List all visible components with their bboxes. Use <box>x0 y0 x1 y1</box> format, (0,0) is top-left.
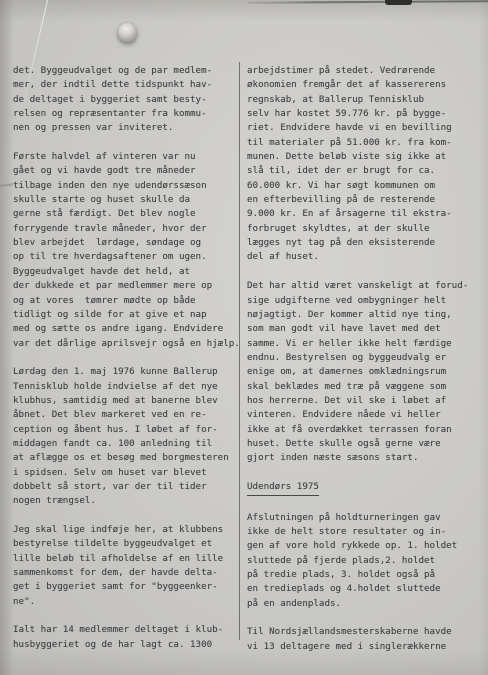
text-line: selv har kostet 59.776 kr. på bygge- <box>247 107 479 121</box>
text-line: gen af vore hold rykkede op. 1. holdet <box>247 539 479 553</box>
document-page: det. Byggeudvalget og de par medlem-mer,… <box>0 0 488 675</box>
text-line: tidligt og silde for at give et nap <box>13 308 245 322</box>
text-line: blev arbejdet lørdage, søndage og <box>13 236 245 250</box>
text-line: Tennisklub holde indvielse af det nye <box>13 380 245 394</box>
text-line: en tredieplads og 4.holdet sluttede <box>247 582 479 596</box>
scan-edge-mark <box>385 0 412 5</box>
text-line: regnskab, at Ballerup Tennisklub <box>247 93 479 107</box>
text-line: Til Nordsjællandsmesterskaberne havde <box>247 625 479 639</box>
text-line: middagen fandt ca. 100 anledning til <box>13 437 245 451</box>
text-line: ikke de helt store resultater og in- <box>247 525 479 539</box>
text-line: det. Byggeudvalget og de par medlem- <box>13 64 245 78</box>
text-line: nogen trængsel. <box>13 494 245 508</box>
paragraph: Jeg skal lige indføje her, at klubbensbe… <box>13 523 245 609</box>
text-line: endnu. Bestyrelsen og byggeudvalg er <box>247 351 479 365</box>
text-line: Det har altid været vanskeligt at forud- <box>247 279 479 293</box>
margin-pencil-mark <box>0 183 13 187</box>
text-line: gået og vi havde godt tre måneder <box>13 164 245 178</box>
paragraph: Lørdag den 1. maj 1976 kunne BallerupTen… <box>13 365 245 508</box>
text-line: munen. Dette beløb viste sig ikke at <box>247 150 479 164</box>
text-line: Jeg skal lige indføje her, at klubbens <box>13 523 245 537</box>
text-line: op til tre hverdagsaftener om ugen. <box>13 250 245 264</box>
text-line: tilbage inden den nye udendørssæson <box>13 179 245 193</box>
text-line: riet. Endvidere havde vi en bevilling <box>247 121 479 135</box>
text-line: mer, der indtil dette tidspunkt hav- <box>13 78 245 92</box>
text-line: Ialt har 14 medlemmer deltaget i klub- <box>13 623 245 637</box>
text-line: til materialer på 51.000 kr. fra kom- <box>247 136 479 150</box>
text-line: forbruget skyldtes, at der skulle <box>247 222 479 236</box>
text-line: Byggeudvalget havde det held, at <box>13 265 245 279</box>
text-line: en efterbevilling på de resterende <box>247 193 479 207</box>
text-line: ception og åbent hus. I løbet af for- <box>13 423 245 437</box>
text-line: var det dårlige aprilsvejr også en hjælp… <box>13 337 245 351</box>
text-line: nen og pressen var inviteret. <box>13 121 245 135</box>
text-line: skal beklædes med træ på væggene som <box>247 380 479 394</box>
paragraph: Afslutningen på holdturneringen gavikke … <box>247 511 479 611</box>
paragraph: Første halvdel af vinteren var nugået og… <box>13 150 245 351</box>
text-line: dobbelt så stort, var der til tider <box>13 480 245 494</box>
paper-fastener <box>118 23 137 42</box>
text-line: de deltaget i byggeriet samt besty- <box>13 93 245 107</box>
text-line: sammenkomst for dem, der havde delta- <box>13 566 245 580</box>
paragraph: det. Byggeudvalget og de par medlem-mer,… <box>13 64 245 136</box>
text-line: økonomien fremgår det af kassererens <box>247 78 479 92</box>
text-line: get i byggeriet samt for "byggeenker- <box>13 580 245 594</box>
text-line: åbnet. Det blev markeret ved en re- <box>13 408 245 422</box>
text-line: der dukkede et par medlemmer mere op <box>13 279 245 293</box>
text-line: ikke at få overdækket terrassen foran <box>247 423 479 437</box>
text-line: 9.000 kr. En af årsagerne til ekstra- <box>247 207 479 221</box>
text-line: at aflægge os et besøg med borgmesteren <box>13 451 245 465</box>
scan-edge-line <box>248 0 488 3</box>
text-line: enige om, at damernes omklædningsrum <box>247 365 479 379</box>
text-line: ne". <box>13 595 245 609</box>
text-line: del af huset. <box>247 250 479 264</box>
paragraph: arbejdstimer på stedet. Vedrørendeøkonom… <box>247 64 479 265</box>
text-line: forrygende travle måneder, hvor der <box>13 222 245 236</box>
text-line: sluttede på fjerde plads,2. holdet <box>247 554 479 568</box>
text-line: lægges nyt tag på den eksisterende <box>247 236 479 250</box>
text-line: relsen og repræsentanter fra kommu- <box>13 107 245 121</box>
text-line: Lørdag den 1. maj 1976 kunne Ballerup <box>13 365 245 379</box>
text-line: klubhus, samtidig med at banerne blev <box>13 394 245 408</box>
text-line: Afslutningen på holdturneringen gav <box>247 511 479 525</box>
paragraph: Ialt har 14 medlemmer deltaget i klub-hu… <box>13 623 245 652</box>
text-line: og at vores tømrer mødte op både <box>13 294 245 308</box>
text-line: med og sætte os andre igang. Endvidere <box>13 322 245 336</box>
text-line: gerne stå færdigt. Det blev nogle <box>13 207 245 221</box>
text-line: lille beløb til afholdelse af en lille <box>13 552 245 566</box>
section-heading: Udendørs 1975 <box>247 480 479 496</box>
text-line: gjort inden næste sæsons start. <box>247 451 479 465</box>
text-line: Udendørs 1975 <box>247 480 319 496</box>
text-line: huset. Dette skulle også gerne være <box>247 437 479 451</box>
text-line: skulle starte og huset skulle da <box>13 193 245 207</box>
text-line: vi 13 deltagere med i singlerækkerne <box>247 640 479 654</box>
text-line: hos herrerne. Det vil ske i løbet af <box>247 394 479 408</box>
text-line: samme. Vi er heller ikke helt færdige <box>247 337 479 351</box>
text-line: på en andenplads. <box>247 597 479 611</box>
text-line: på tredie plads, 3. holdet også på <box>247 568 479 582</box>
text-line: som man godt vil have lavet med det <box>247 322 479 336</box>
text-line: slå til, idet der er brugt for ca. <box>247 164 479 178</box>
left-text-column: det. Byggeudvalget og de par medlem-mer,… <box>13 64 245 652</box>
text-line: husbyggeriet og de har lagt ca. 1300 <box>13 638 245 652</box>
text-line: 60.000 kr. Vi har søgt kommunen om <box>247 179 479 193</box>
text-line: sige udgifterne ved ombygninger helt <box>247 294 479 308</box>
text-line: vinteren. Endvidere nåede vi heller <box>247 408 479 422</box>
text-line: i spidsen. Selv om huset var blevet <box>13 466 245 480</box>
text-line: Første halvdel af vinteren var nu <box>13 150 245 164</box>
paragraph: Til Nordsjællandsmesterskaberne havdevi … <box>247 625 479 654</box>
paragraph: Det har altid været vanskeligt at forud-… <box>247 279 479 465</box>
text-line: nøjagtigt. Der kommer altid nye ting, <box>247 308 479 322</box>
text-line: arbejdstimer på stedet. Vedrørende <box>247 64 479 78</box>
text-line: bestyrelse tildelte byggeudvalget et <box>13 537 245 551</box>
right-text-column: arbejdstimer på stedet. Vedrørendeøkonom… <box>247 64 479 654</box>
